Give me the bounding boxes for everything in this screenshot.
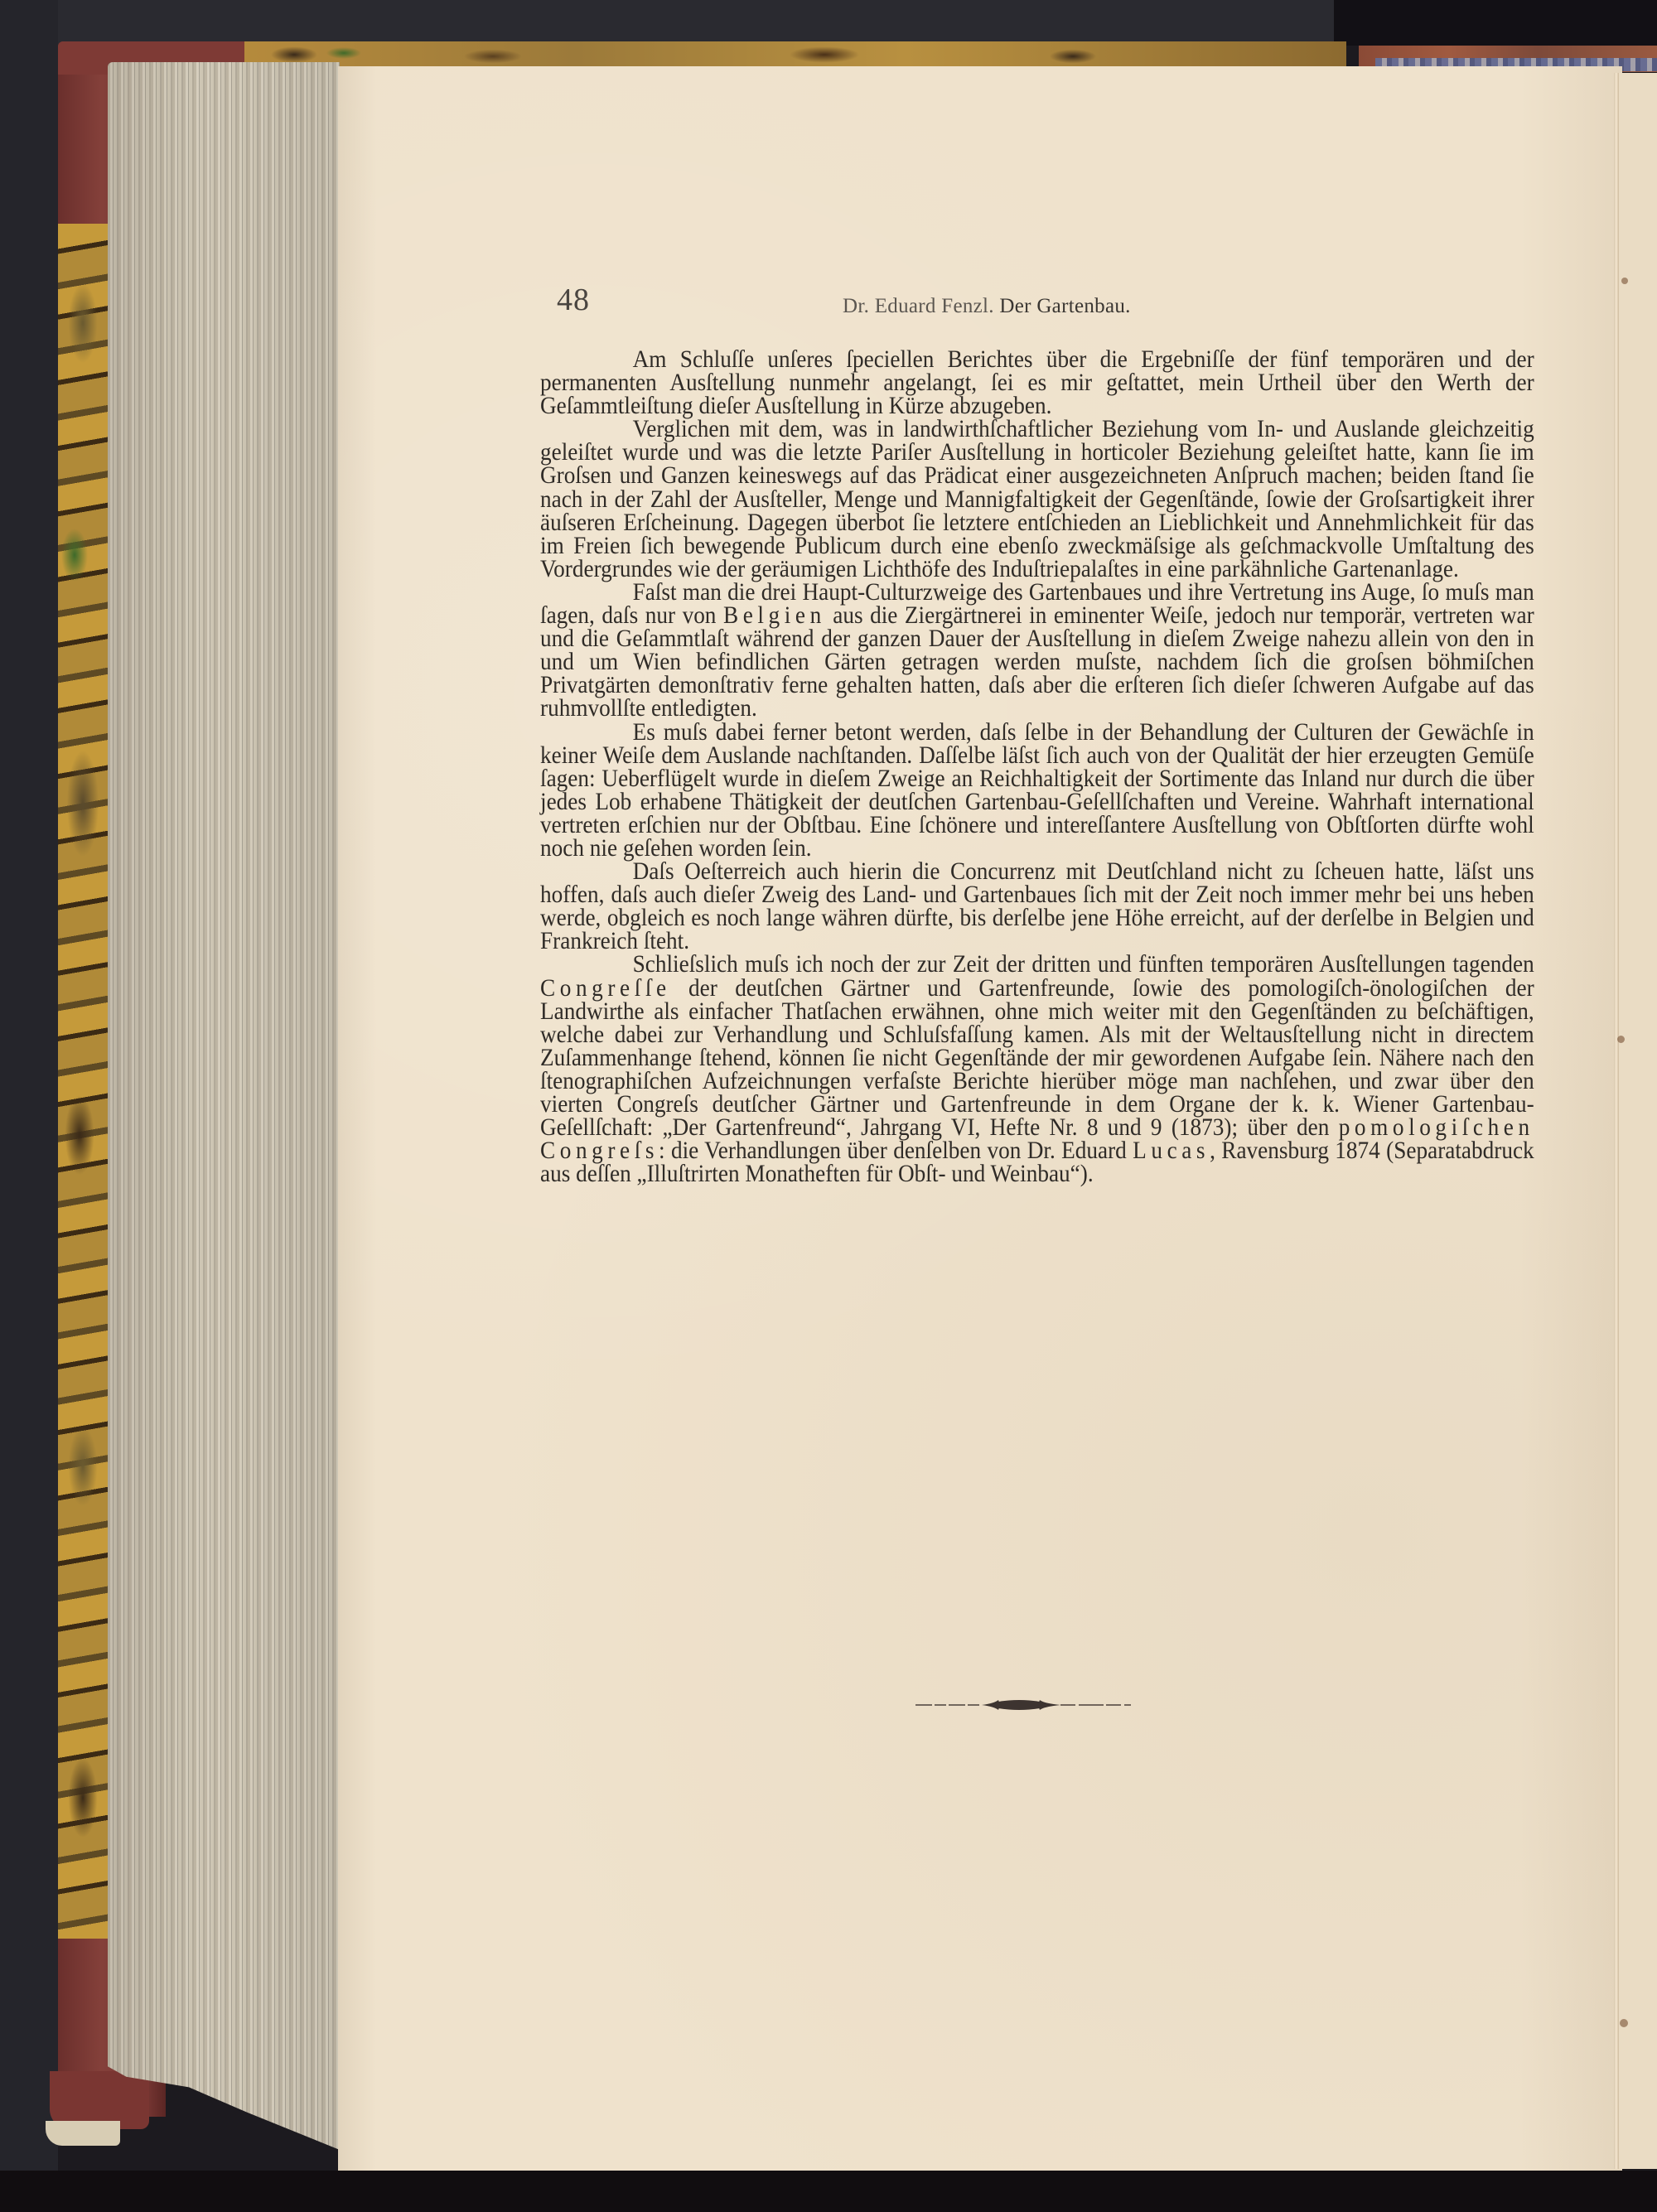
foxing-spot bbox=[1617, 1036, 1625, 1043]
paragraph: Verglichen mit dem, was in landwirthſcha… bbox=[540, 418, 1534, 581]
background-left bbox=[0, 0, 58, 2212]
paragraph-text: Daſs Oeſterreich auch hierin die Concurr… bbox=[540, 858, 1534, 954]
next-page-edge bbox=[1619, 73, 1657, 2169]
running-head-author: Dr. Eduard Fenzl. bbox=[843, 295, 994, 317]
body-text: Am Schluſſe unſeres ſpeciellen Berichtes… bbox=[540, 348, 1534, 1186]
paragraph: Daſs Oeſterreich auch hierin die Concurr… bbox=[540, 860, 1534, 953]
book-cover-wear bbox=[46, 2121, 120, 2146]
book-cover-marbled-top bbox=[244, 41, 1346, 70]
paragraph-text: Am Schluſſe unſeres ſpeciellen Berichtes… bbox=[540, 346, 1534, 419]
paragraph: Am Schluſſe unſeres ſpeciellen Berichtes… bbox=[540, 348, 1534, 418]
spaced-emphasis: Lucas bbox=[1133, 1137, 1210, 1164]
page-block-shade bbox=[108, 62, 340, 2150]
paragraph-text: Verglichen mit dem, was in landwirthſcha… bbox=[540, 416, 1534, 582]
background-top-right bbox=[1334, 0, 1657, 46]
paragraph: Es muſs dabei ferner betont werden, daſs… bbox=[540, 721, 1534, 861]
foxing-spot bbox=[1621, 278, 1628, 284]
page-number: 48 bbox=[557, 282, 590, 318]
paragraph: Schlieſslich muſs ich noch der zur Zeit … bbox=[540, 953, 1534, 1186]
page-header: 48 Dr. Eduard Fenzl. Der Gartenbau. bbox=[557, 282, 1609, 323]
foxing-spot bbox=[1620, 2019, 1628, 2027]
paragraph: Faſst man die drei Haupt-Culturzweige de… bbox=[540, 581, 1534, 721]
book-cover-marbled-side bbox=[58, 224, 108, 1939]
background-bottom bbox=[0, 2171, 1657, 2212]
paragraph-text: Es muſs dabei ferner betont werden, daſs… bbox=[540, 719, 1534, 862]
running-head: Dr. Eduard Fenzl. Der Gartenbau. bbox=[843, 295, 1131, 318]
end-ornament-icon bbox=[915, 1697, 1131, 1713]
running-head-title: Der Gartenbau. bbox=[999, 295, 1130, 317]
